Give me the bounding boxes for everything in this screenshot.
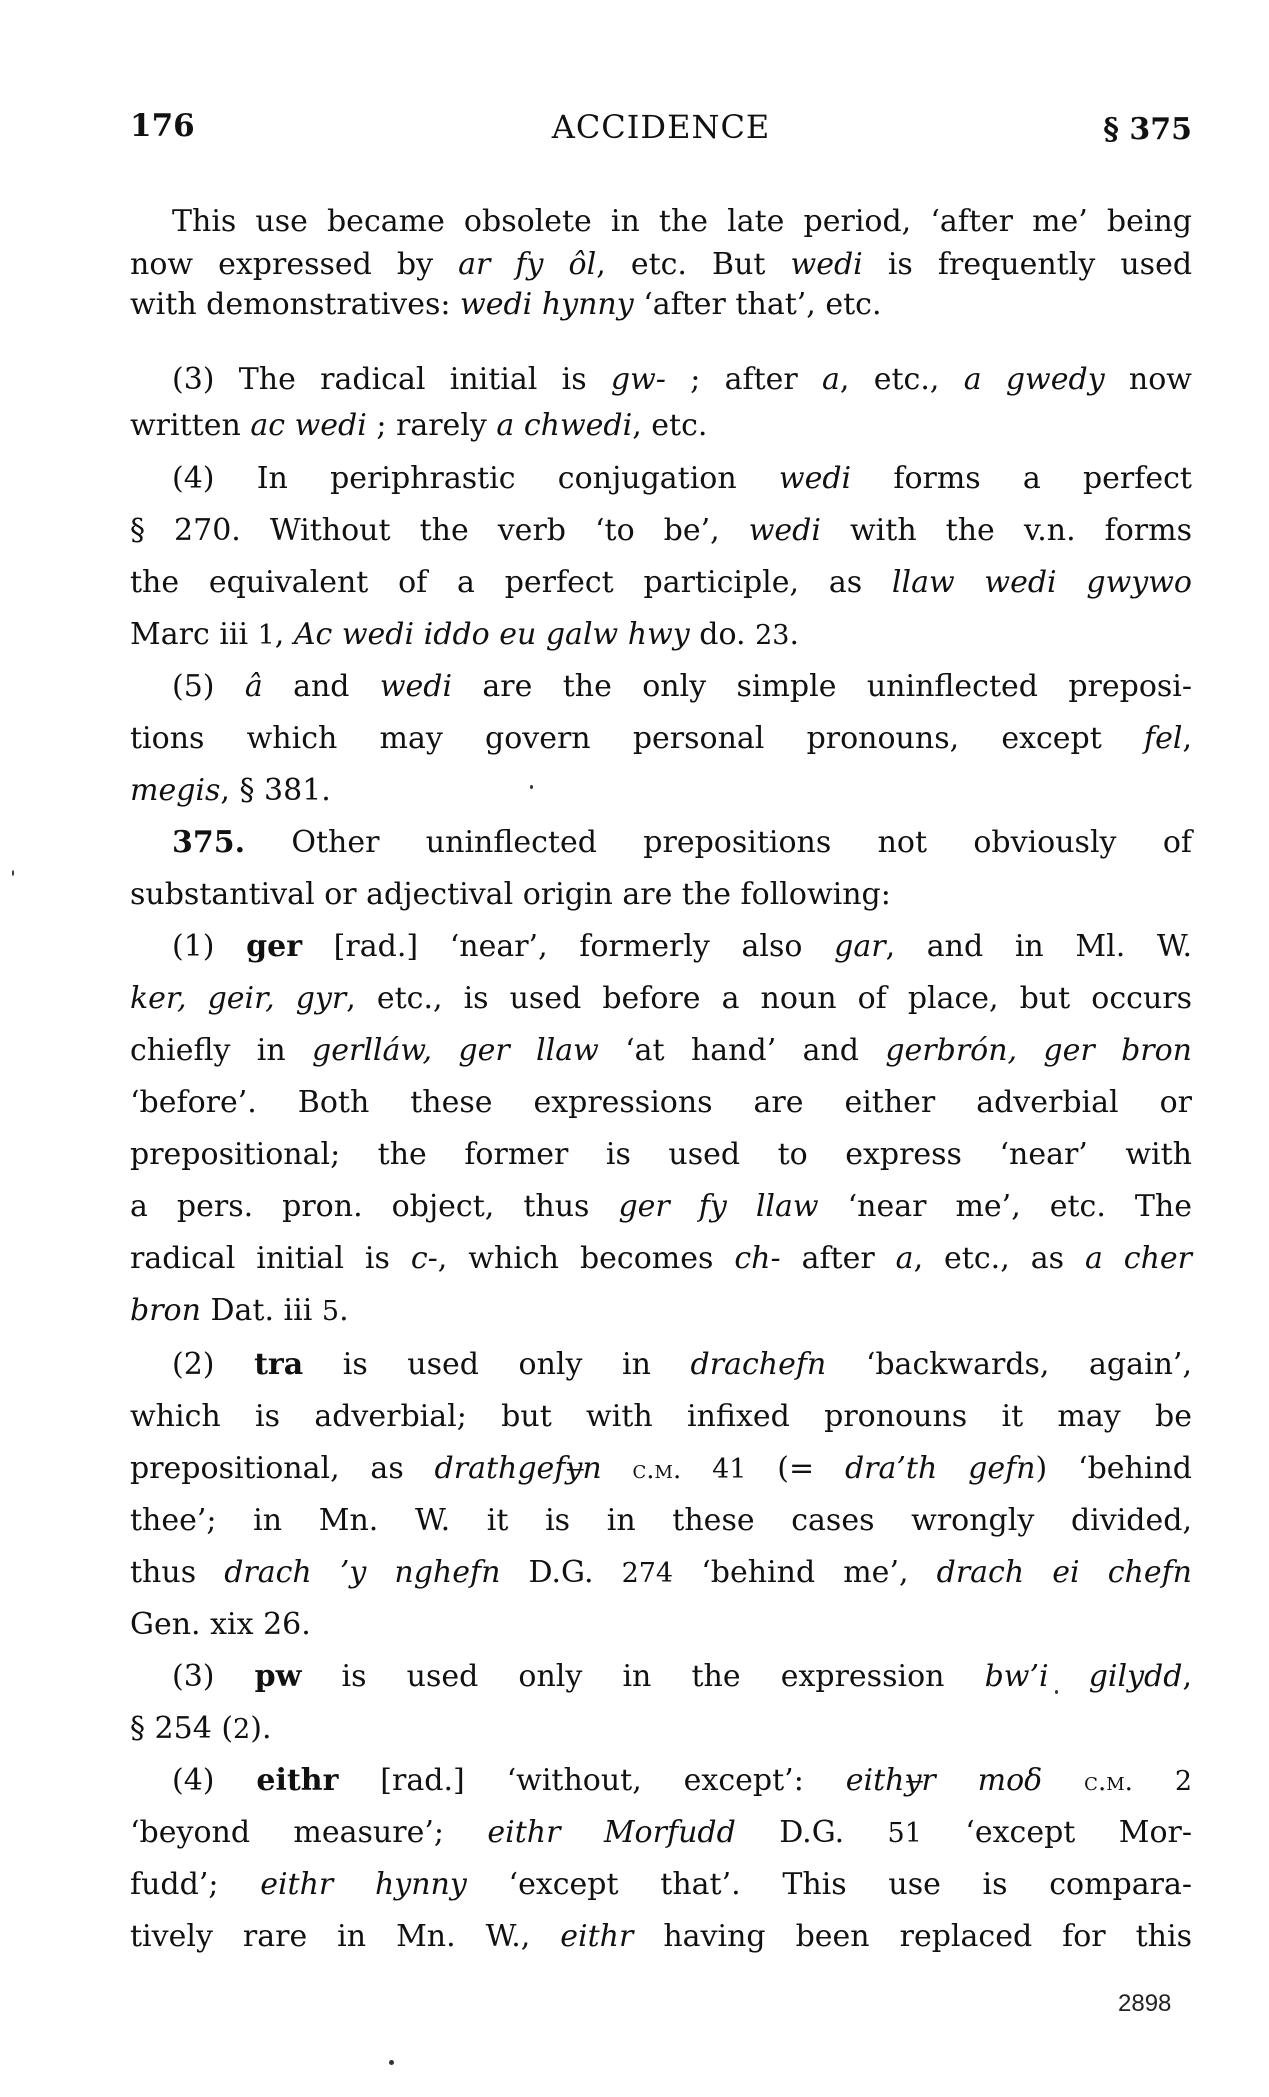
text-run: D.G. — [736, 1815, 888, 1850]
text-run: ) ‘behind — [1036, 1451, 1192, 1486]
text-run: 274 — [622, 1558, 674, 1589]
italic-run: ker, geir, gyr — [130, 981, 346, 1016]
scan-speck — [530, 785, 533, 789]
italic-run: ch- — [734, 1241, 780, 1276]
italic-run: llaw wedi gwywo — [892, 565, 1192, 600]
text-run: . — [339, 1293, 349, 1328]
italic-run: a gwedy — [964, 362, 1105, 397]
italic-run: eithr Morfudd — [487, 1815, 735, 1850]
text-run: is frequently used — [863, 247, 1192, 282]
italic-run: drach ei chefn — [937, 1555, 1192, 1590]
text-run — [602, 1451, 633, 1486]
text-run: 41 — [712, 1454, 746, 1485]
book-page: 176 ACCIDENCE § 375 This use became obso… — [0, 0, 1269, 2097]
text-run: [rad.] ‘near’, formerly also — [302, 929, 834, 964]
text-run: ‘at hand’ and — [599, 1033, 886, 1068]
text-run: ; rarely — [367, 408, 497, 443]
text-run: , which becomes — [438, 1241, 735, 1276]
text-run: , etc., — [840, 362, 964, 397]
italic-run: eithɏr moδ — [846, 1763, 1043, 1798]
text-run: ‘backwards, again’, — [826, 1347, 1192, 1382]
text-line: (3) The radical initial is gw- ; after a… — [130, 358, 1192, 402]
italic-run: eithr hynny — [260, 1867, 467, 1902]
italic-run: gerlláw, ger llaw — [312, 1033, 599, 1068]
text-line: Marc iii 1, Ac wedi iddo eu galw hwy do.… — [130, 613, 1192, 657]
text-run: tions which may govern personal pronouns… — [130, 721, 1144, 756]
text-line: This use became obsolete in the late per… — [130, 200, 1192, 244]
italic-run: a — [896, 1241, 914, 1276]
italic-run: wedi — [380, 669, 452, 704]
text-run: do. — [690, 617, 755, 652]
italic-run: gerbrón, ger bron — [885, 1033, 1192, 1068]
text-run: 2 — [1175, 1766, 1192, 1797]
text-run: tively rare in Mn. W., — [130, 1919, 560, 1954]
italic-run: a chwedi — [496, 408, 632, 443]
text-line: prepositional, as drathgefɏn c.m. 41 (= … — [130, 1447, 1192, 1491]
italic-run: c- — [411, 1241, 438, 1276]
text-run: 51 — [888, 1818, 922, 1849]
text-run: substantival or adjectival origin are th… — [130, 877, 891, 912]
text-run: ‘behind me’, — [673, 1555, 936, 1590]
text-run: ‘before’. Both these expressions are eit… — [130, 1085, 1192, 1120]
italic-run: wedi hynny — [460, 287, 634, 322]
text-line: (5) â and wedi are the only simple uninf… — [130, 665, 1192, 709]
text-line: prepositional; the former is used to exp… — [130, 1133, 1192, 1177]
text-run: Other uninflected prepositions not obvio… — [245, 825, 1192, 860]
text-line: now expressed by ar fy ôl, etc. But wedi… — [130, 243, 1192, 287]
text-run: written — [130, 408, 250, 443]
text-run: fudd’; — [130, 1867, 260, 1902]
text-run: are the only simple uninflected preposi- — [452, 669, 1192, 704]
text-run: [rad.] ‘without, except’: — [338, 1763, 845, 1798]
italic-run: gar — [834, 929, 885, 964]
text-line: tions which may govern personal pronouns… — [130, 717, 1192, 761]
text-line: Gen. xix 26. — [130, 1603, 1192, 1647]
text-run: 2 — [233, 1714, 250, 1745]
text-line: a pers. pron. object, thus ger fy llaw ‘… — [130, 1185, 1192, 1229]
text-run: is used only in the expression — [301, 1659, 984, 1694]
text-run: , etc., as — [914, 1241, 1085, 1276]
italic-run: wedi — [791, 247, 863, 282]
text-run: , etc. — [632, 408, 707, 443]
text-line: (2) tra is used only in drachefn ‘backwa… — [130, 1343, 1192, 1387]
text-run: now expressed by — [130, 247, 458, 282]
text-run: ‘beyond measure’; — [130, 1815, 487, 1850]
bold-run: 375. — [172, 825, 245, 860]
text-line: thee’; in Mn. W. it is in these cases wr… — [130, 1499, 1192, 1543]
text-line: 375. Other uninflected prepositions not … — [130, 821, 1192, 865]
text-line: (4) In periphrastic conjugation wedi for… — [130, 457, 1192, 501]
text-run: is used only in — [303, 1347, 690, 1382]
text-line: § 270. Without the verb ‘to be’, wedi wi… — [130, 509, 1192, 553]
text-run: a pers. pron. object, thus — [130, 1189, 618, 1224]
text-run: (4) — [172, 1763, 256, 1798]
text-run — [1133, 1763, 1175, 1798]
smallcaps-run: c.m. — [1084, 1767, 1133, 1797]
italic-run: drachefn — [691, 1347, 827, 1382]
section-number: § 375 — [1103, 112, 1192, 147]
text-run: ‘after that’, etc. — [634, 287, 882, 322]
italic-run: ger fy llaw — [618, 1189, 818, 1224]
bold-run: eithr — [256, 1763, 338, 1798]
italic-run: drathgefɏn — [435, 1451, 602, 1486]
text-run: and — [263, 669, 380, 704]
text-run: (1) — [172, 929, 246, 964]
text-run: prepositional; the former is used to exp… — [130, 1137, 1192, 1172]
italic-run: gw- — [611, 362, 666, 397]
text-run: , etc., is used before a noun of place, … — [346, 981, 1192, 1016]
text-line: the equivalent of a perfect participle, … — [130, 561, 1192, 605]
text-run: , — [1182, 1659, 1192, 1694]
text-run: thus — [130, 1555, 224, 1590]
text-line: substantival or adjectival origin are th… — [130, 873, 1192, 917]
text-run: 23 — [755, 620, 789, 651]
italic-run: a — [822, 362, 840, 397]
text-line: ‘before’. Both these expressions are eit… — [130, 1081, 1192, 1125]
text-run: (4) In periphrastic conjugation — [172, 461, 779, 496]
text-line: ‘beyond measure’; eithr Morfudd D.G. 51 … — [130, 1811, 1192, 1855]
text-line: bron Dat. iii 5. — [130, 1289, 1192, 1333]
text-run: the equivalent of a perfect participle, … — [130, 565, 892, 600]
italic-run: wedi — [749, 513, 821, 548]
text-run: forms a perfect — [851, 461, 1192, 496]
text-run: § 270. Without the verb ‘to be’, — [130, 513, 749, 548]
italic-run: ac wedi — [250, 408, 366, 443]
text-line: megis, § 381. — [130, 769, 1192, 813]
text-run: after — [781, 1241, 896, 1276]
text-run: now — [1105, 362, 1192, 397]
italic-run: dra’th gefn — [845, 1451, 1036, 1486]
text-line: thus drach ’y nghefn D.G. 274 ‘behind me… — [130, 1551, 1192, 1595]
text-run: Marc iii — [130, 617, 258, 652]
text-run: § 254 ( — [130, 1711, 233, 1746]
text-line: radical initial is c-, which becomes ch-… — [130, 1237, 1192, 1281]
italic-run: bron — [130, 1293, 201, 1328]
italic-run: a cher — [1085, 1241, 1192, 1276]
italic-run: megis — [130, 773, 220, 808]
text-line: (3) pw is used only in the expression bw… — [130, 1655, 1192, 1699]
bold-run: tra — [254, 1347, 303, 1382]
scan-speck — [12, 870, 14, 876]
scan-number: 2898 — [1118, 1990, 1171, 2018]
text-line: fudd’; eithr hynny ‘except that’. This u… — [130, 1863, 1192, 1907]
text-line: written ac wedi ; rarely a chwedi, etc. — [130, 404, 1192, 448]
text-run: (3) The radical initial is — [172, 362, 611, 397]
text-run: ; after — [666, 362, 822, 397]
italic-run: bw’i gilydd — [985, 1659, 1183, 1694]
text-line: (1) ger [rad.] ‘near’, formerly also gar… — [130, 925, 1192, 969]
text-run: thee’; in Mn. W. it is in these cases wr… — [130, 1503, 1192, 1538]
text-run: ). — [250, 1711, 271, 1746]
text-line: ker, geir, gyr, etc., is used before a n… — [130, 977, 1192, 1021]
italic-run: eithr — [560, 1919, 633, 1954]
text-run: , etc. But — [596, 247, 790, 282]
italic-run: Ac wedi iddo eu galw hwy — [294, 617, 690, 652]
text-run: 5 — [322, 1296, 339, 1327]
text-line: which is adverbial; but with infixed pro… — [130, 1395, 1192, 1439]
text-run: This use became obsolete in the late per… — [172, 204, 1192, 239]
text-run: ‘except that’. This use is compara- — [467, 1867, 1192, 1902]
text-line: with demonstratives: wedi hynny ‘after t… — [130, 283, 1192, 327]
text-run: , — [275, 617, 294, 652]
bold-run: pw — [255, 1659, 302, 1694]
text-run: ‘near me’, etc. The — [819, 1189, 1192, 1224]
text-run: . — [789, 617, 799, 652]
italic-run: fel — [1144, 721, 1182, 756]
text-run: with the v.n. forms — [821, 513, 1192, 548]
text-run: , § 381. — [220, 773, 330, 808]
text-run: having been replaced for this — [633, 1919, 1192, 1954]
bold-run: ger — [246, 929, 302, 964]
text-run: (2) — [172, 1347, 254, 1382]
text-run: 1 — [258, 620, 275, 651]
text-run — [1042, 1763, 1084, 1798]
text-run: Dat. iii — [201, 1293, 322, 1328]
text-run: Gen. xix 26. — [130, 1607, 311, 1642]
text-run: , and in Ml. W. — [886, 929, 1192, 964]
chapter-title: ACCIDENCE — [130, 108, 1192, 146]
scan-speck — [1055, 1690, 1058, 1694]
text-run: which is adverbial; but with infixed pro… — [130, 1399, 1192, 1434]
italic-run: â — [245, 669, 263, 704]
italic-run: ar fy ôl — [458, 247, 596, 282]
text-run: (= — [746, 1451, 845, 1486]
text-run: radical initial is — [130, 1241, 411, 1276]
text-line: (4) eithr [rad.] ‘without, except’: eith… — [130, 1759, 1192, 1803]
text-run: , — [1182, 721, 1192, 756]
text-run: (5) — [172, 669, 245, 704]
scan-speck — [389, 2060, 394, 2065]
text-line: tively rare in Mn. W., eithr having been… — [130, 1915, 1192, 1959]
text-run: (3) — [172, 1659, 255, 1694]
italic-run: wedi — [779, 461, 851, 496]
text-run: ‘except Mor- — [922, 1815, 1192, 1850]
text-run: prepositional, as — [130, 1451, 435, 1486]
text-line: § 254 (2). — [130, 1707, 1192, 1751]
text-run: chiefly in — [130, 1033, 312, 1068]
italic-run: drach ’y nghefn — [224, 1555, 500, 1590]
text-run: D.G. — [500, 1555, 621, 1590]
text-run: with demonstratives: — [130, 287, 460, 322]
smallcaps-run: c.m. — [633, 1455, 682, 1485]
text-line: chiefly in gerlláw, ger llaw ‘at hand’ a… — [130, 1029, 1192, 1073]
running-head: 176 ACCIDENCE § 375 — [130, 108, 1192, 152]
text-run — [681, 1451, 712, 1486]
